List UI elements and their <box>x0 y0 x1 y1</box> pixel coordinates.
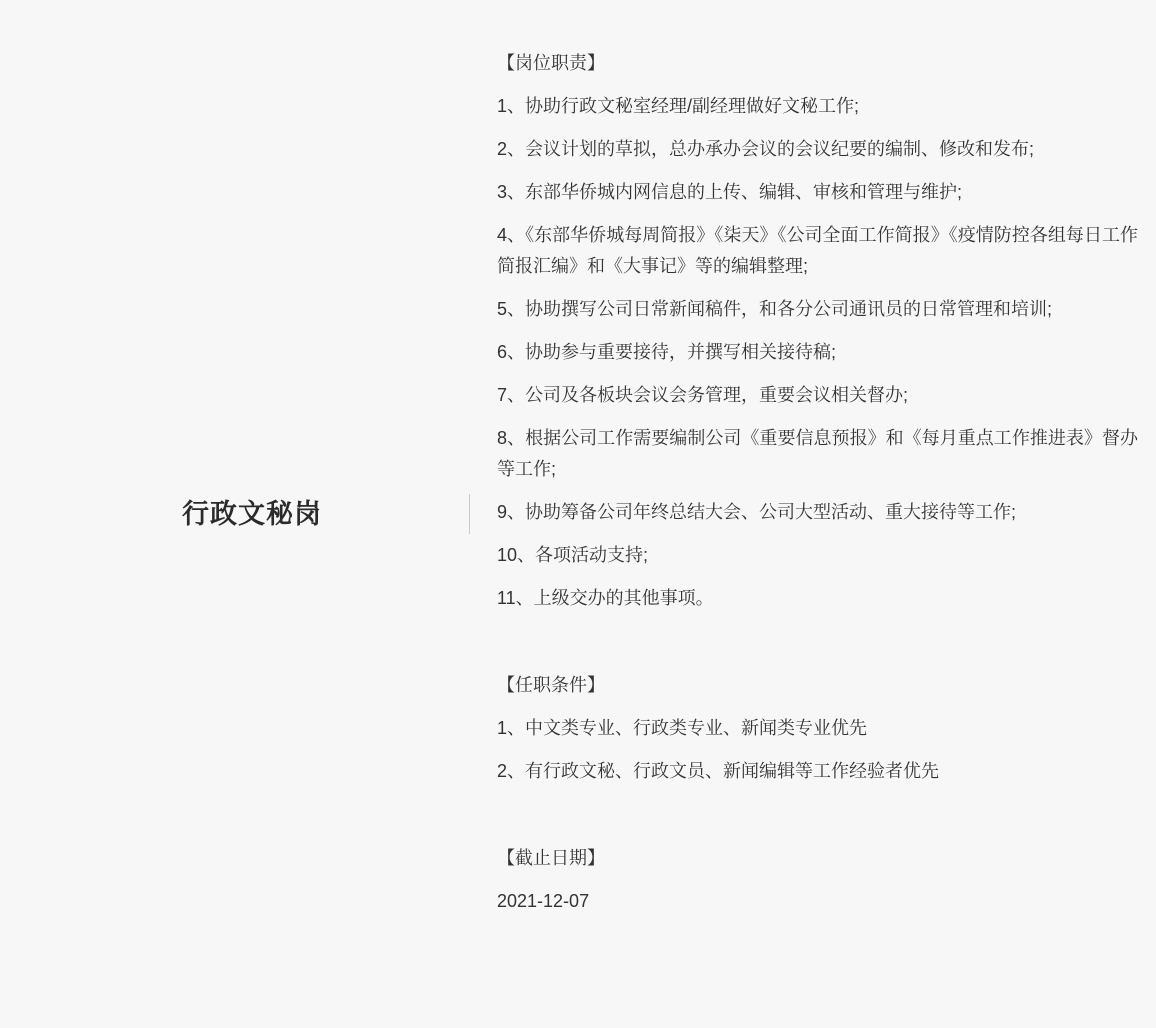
section-heading: 【截止日期】 <box>497 843 1138 874</box>
section-item: 5、协助撰写公司日常新闻稿件，和各分公司通讯员的日常管理和培训; <box>497 294 1138 325</box>
job-title-cell: 行政文秘岗 <box>0 0 469 1028</box>
section-item: 2、有行政文秘、行政文员、新闻编辑等工作经验者优先 <box>497 756 1138 787</box>
section-item: 1、中文类专业、行政类专业、新闻类专业优先 <box>497 713 1138 744</box>
job-listing-row: 行政文秘岗 【岗位职责】1、协助行政文秘室经理/副经理做好文秘工作;2、会议计划… <box>0 0 1156 1028</box>
job-section: 【截止日期】2021-12-07 <box>497 843 1138 917</box>
section-item: 4、《东部华侨城每周简报》《柒天》《公司全面工作简报》《疫情防控各组每日工作简报… <box>497 220 1138 282</box>
section-item: 9、协助筹备公司年终总结大会、公司大型活动、重大接待等工作; <box>497 497 1138 528</box>
section-item: 11、上级交办的其他事项。 <box>497 583 1138 614</box>
job-section: 【任职条件】1、中文类专业、行政类专业、新闻类专业优先2、有行政文秘、行政文员、… <box>497 670 1138 787</box>
section-heading: 【任职条件】 <box>497 670 1138 701</box>
section-item: 2、会议计划的草拟，总办承办会议的会议纪要的编制、修改和发布; <box>497 134 1138 165</box>
section-item: 8、根据公司工作需要编制公司《重要信息预报》和《每月重点工作推进表》督办等工作; <box>497 423 1138 485</box>
section-item: 6、协助参与重要接待，并撰写相关接待稿; <box>497 337 1138 368</box>
section-item: 7、公司及各板块会议会务管理，重要会议相关督办; <box>497 380 1138 411</box>
job-detail-panel: 【岗位职责】1、协助行政文秘室经理/副经理做好文秘工作;2、会议计划的草拟，总办… <box>470 0 1156 1028</box>
job-title[interactable]: 行政文秘岗 <box>182 499 322 530</box>
job-detail-sections: 【岗位职责】1、协助行政文秘室经理/副经理做好文秘工作;2、会议计划的草拟，总办… <box>497 48 1138 917</box>
section-item: 3、东部华侨城内网信息的上传、编辑、审核和管理与维护; <box>497 177 1138 208</box>
section-item: 10、各项活动支持; <box>497 540 1138 571</box>
section-heading: 【岗位职责】 <box>497 48 1138 79</box>
section-item: 1、协助行政文秘室经理/副经理做好文秘工作; <box>497 91 1138 122</box>
job-section: 【岗位职责】1、协助行政文秘室经理/副经理做好文秘工作;2、会议计划的草拟，总办… <box>497 48 1138 614</box>
section-item: 2021-12-07 <box>497 886 1138 917</box>
